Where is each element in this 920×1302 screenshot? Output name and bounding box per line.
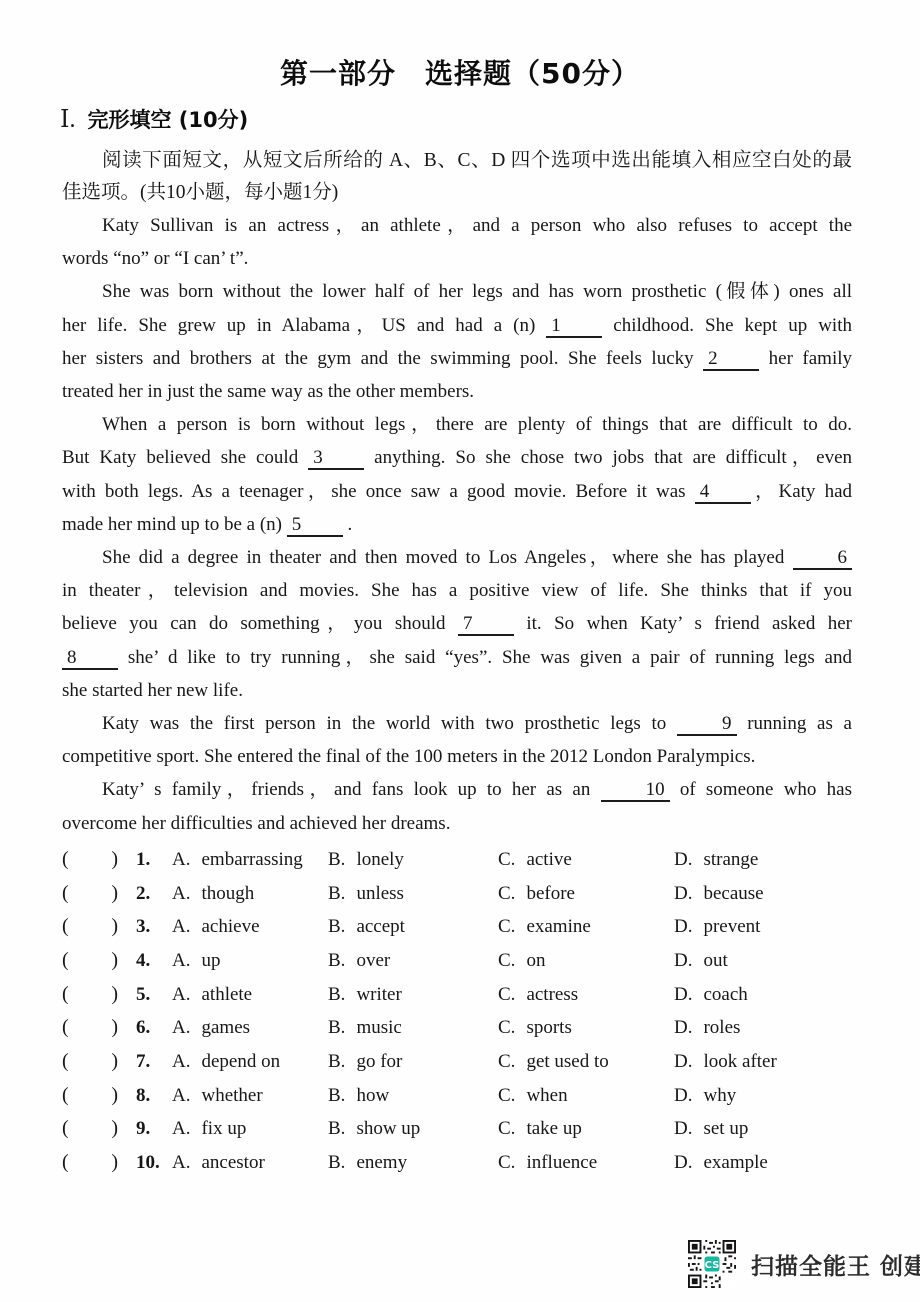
option-d: D.why: [674, 1079, 864, 1113]
option-a: A.whether: [172, 1079, 328, 1113]
option-a: A.games: [172, 1011, 328, 1045]
passage-line: with both legs. As a teenager，she once s…: [62, 475, 852, 508]
option-c: C.before: [498, 877, 674, 911]
option-d: D.coach: [674, 978, 864, 1012]
question-number: 8.: [136, 1079, 172, 1113]
option-b: B.accept: [328, 910, 498, 944]
option-a: A.ancestor: [172, 1146, 328, 1180]
option-b: B.lonely: [328, 843, 498, 877]
answer-parentheses: (): [62, 1045, 118, 1079]
option-d: D.set up: [674, 1112, 864, 1146]
option-b: B.unless: [328, 877, 498, 911]
passage-line: in theater，television and movies. She ha…: [62, 574, 852, 607]
answer-parentheses: (): [62, 1112, 118, 1146]
question-row: ()7.A.depend onB.go forC.get used toD.lo…: [62, 1045, 864, 1079]
camscanner-watermark: CS 扫描全能王 创建: [688, 1240, 920, 1288]
watermark-text: 扫描全能王 创建: [751, 1248, 920, 1281]
passage-line: her sisters and brothers at the gym and …: [62, 342, 852, 375]
question-row: ()6.A.gamesB.musicC.sportsD.roles: [62, 1011, 864, 1045]
option-d: D.strange: [674, 843, 864, 877]
option-c: C.take up: [498, 1112, 674, 1146]
option-d: D.prevent: [674, 910, 864, 944]
option-d: D.out: [674, 944, 864, 978]
passage-line: overcome her difficulties and achieved h…: [62, 807, 852, 840]
option-c: C.sports: [498, 1011, 674, 1045]
answer-parentheses: (): [62, 910, 118, 944]
question-list: ()1.A.embarrassingB.lonelyC.activeD.stra…: [62, 843, 864, 1180]
question-number: 10.: [136, 1146, 172, 1180]
section-title: 完形填空 (10分): [87, 108, 248, 132]
question-row: ()10.A.ancestorB.enemyC.influenceD.examp…: [62, 1146, 864, 1180]
passage-line: Katy was the first person in the world w…: [62, 707, 852, 740]
passage-line: her life. She grew up in Alabama，US and …: [62, 309, 852, 342]
passage-line: 8 she’ d like to try running，she said “y…: [62, 641, 852, 674]
option-c: C.active: [498, 843, 674, 877]
cloze-blank-5: 5: [287, 515, 343, 537]
qr-code: CS: [688, 1240, 736, 1288]
cloze-blank-9: 9: [677, 714, 737, 736]
question-number: 6.: [136, 1011, 172, 1045]
cloze-blank-1: 1: [546, 316, 602, 338]
option-b: B.show up: [328, 1112, 498, 1146]
passage-line: Katy’ s family，friends，and fans look up …: [62, 773, 852, 806]
question-row: ()8.A.whetherB.howC.whenD.why: [62, 1079, 864, 1113]
passage-line: She was born without the lower half of h…: [62, 275, 852, 308]
answer-parentheses: (): [62, 1079, 118, 1113]
option-a: A.athlete: [172, 978, 328, 1012]
option-a: A.achieve: [172, 910, 328, 944]
passage-line: Katy Sullivan is an actress，an athlete，a…: [62, 209, 852, 242]
cloze-blank-10: 10: [601, 780, 670, 802]
cloze-blank-8: 8: [62, 648, 118, 670]
section-numeral: Ⅰ.: [60, 107, 75, 133]
cloze-blank-2: 2: [703, 349, 759, 371]
answer-parentheses: (): [62, 978, 118, 1012]
option-c: C.on: [498, 944, 674, 978]
cloze-blank-7: 7: [458, 614, 514, 636]
scanned-test-page: 第一部分 选择题（50分） Ⅰ.完形填空 (10分) 阅读下面短文，从短文后所给…: [0, 0, 920, 1302]
option-b: B.go for: [328, 1045, 498, 1079]
option-c: C.actress: [498, 978, 674, 1012]
passage-line: But Katy believed she could 3 anything. …: [62, 441, 852, 474]
question-row: ()5.A.athleteB.writerC.actressD.coach: [62, 978, 864, 1012]
instructions: 阅读下面短文，从短文后所给的 A、B、C、D 四个选项中选出能填入相应空白处的最…: [62, 145, 852, 209]
question-number: 9.: [136, 1112, 172, 1146]
qr-center-label: CS: [705, 1260, 720, 1271]
question-row: ()3.A.achieveB.acceptC.examineD.prevent: [62, 910, 864, 944]
option-c: C.get used to: [498, 1045, 674, 1079]
cloze-blank-6: 6: [793, 548, 853, 570]
passage-line: words “no” or “I can’ t”.: [62, 242, 852, 275]
option-d: D.example: [674, 1146, 864, 1180]
question-row: ()2.A.thoughB.unlessC.beforeD.because: [62, 877, 864, 911]
option-a: A.though: [172, 877, 328, 911]
answer-parentheses: (): [62, 944, 118, 978]
question-number: 1.: [136, 843, 172, 877]
passage-line: she started her new life.: [62, 674, 852, 707]
question-number: 2.: [136, 877, 172, 911]
question-number: 4.: [136, 944, 172, 978]
instructions-line-1: 阅读下面短文，从短文后所给的 A、B、C、D 四个选项中选出能填入相应空白处的最: [62, 145, 852, 177]
option-a: A.embarrassing: [172, 843, 328, 877]
option-b: B.enemy: [328, 1146, 498, 1180]
option-b: B.writer: [328, 978, 498, 1012]
option-b: B.music: [328, 1011, 498, 1045]
option-c: C.examine: [498, 910, 674, 944]
passage-line: When a person is born without legs，there…: [62, 408, 852, 441]
option-b: B.how: [328, 1079, 498, 1113]
question-row: ()1.A.embarrassingB.lonelyC.activeD.stra…: [62, 843, 864, 877]
option-b: B.over: [328, 944, 498, 978]
option-c: C.influence: [498, 1146, 674, 1180]
cloze-passage: Katy Sullivan is an actress，an athlete，a…: [62, 209, 852, 840]
question-row: ()9.A.fix upB.show upC.take upD.set up: [62, 1112, 864, 1146]
instructions-line-2: 佳选项。(共10小题，每小题1分): [62, 177, 852, 209]
section-heading: Ⅰ.完形填空 (10分): [60, 104, 854, 139]
cloze-blank-3: 3: [308, 448, 364, 470]
passage-line: treated her in just the same way as the …: [62, 375, 852, 408]
question-row: ()4.A.upB.overC.onD.out: [62, 944, 864, 978]
question-number: 5.: [136, 978, 172, 1012]
part-title: 第一部分 选择题（50分）: [0, 0, 920, 92]
question-number: 7.: [136, 1045, 172, 1079]
option-c: C.when: [498, 1079, 674, 1113]
answer-parentheses: (): [62, 843, 118, 877]
answer-parentheses: (): [62, 1011, 118, 1045]
answer-parentheses: (): [62, 877, 118, 911]
passage-line: She did a degree in theater and then mov…: [62, 541, 852, 574]
option-a: A.depend on: [172, 1045, 328, 1079]
passage-line: believe you can do something，you should …: [62, 607, 852, 640]
option-d: D.look after: [674, 1045, 864, 1079]
question-number: 3.: [136, 910, 172, 944]
answer-parentheses: (): [62, 1146, 118, 1180]
passage-line: competitive sport. She entered the final…: [62, 740, 852, 773]
option-d: D.because: [674, 877, 864, 911]
option-a: A.up: [172, 944, 328, 978]
passage-line: made her mind up to be a (n) 5 .: [62, 508, 852, 541]
cloze-blank-4: 4: [695, 482, 751, 504]
option-d: D.roles: [674, 1011, 864, 1045]
option-a: A.fix up: [172, 1112, 328, 1146]
